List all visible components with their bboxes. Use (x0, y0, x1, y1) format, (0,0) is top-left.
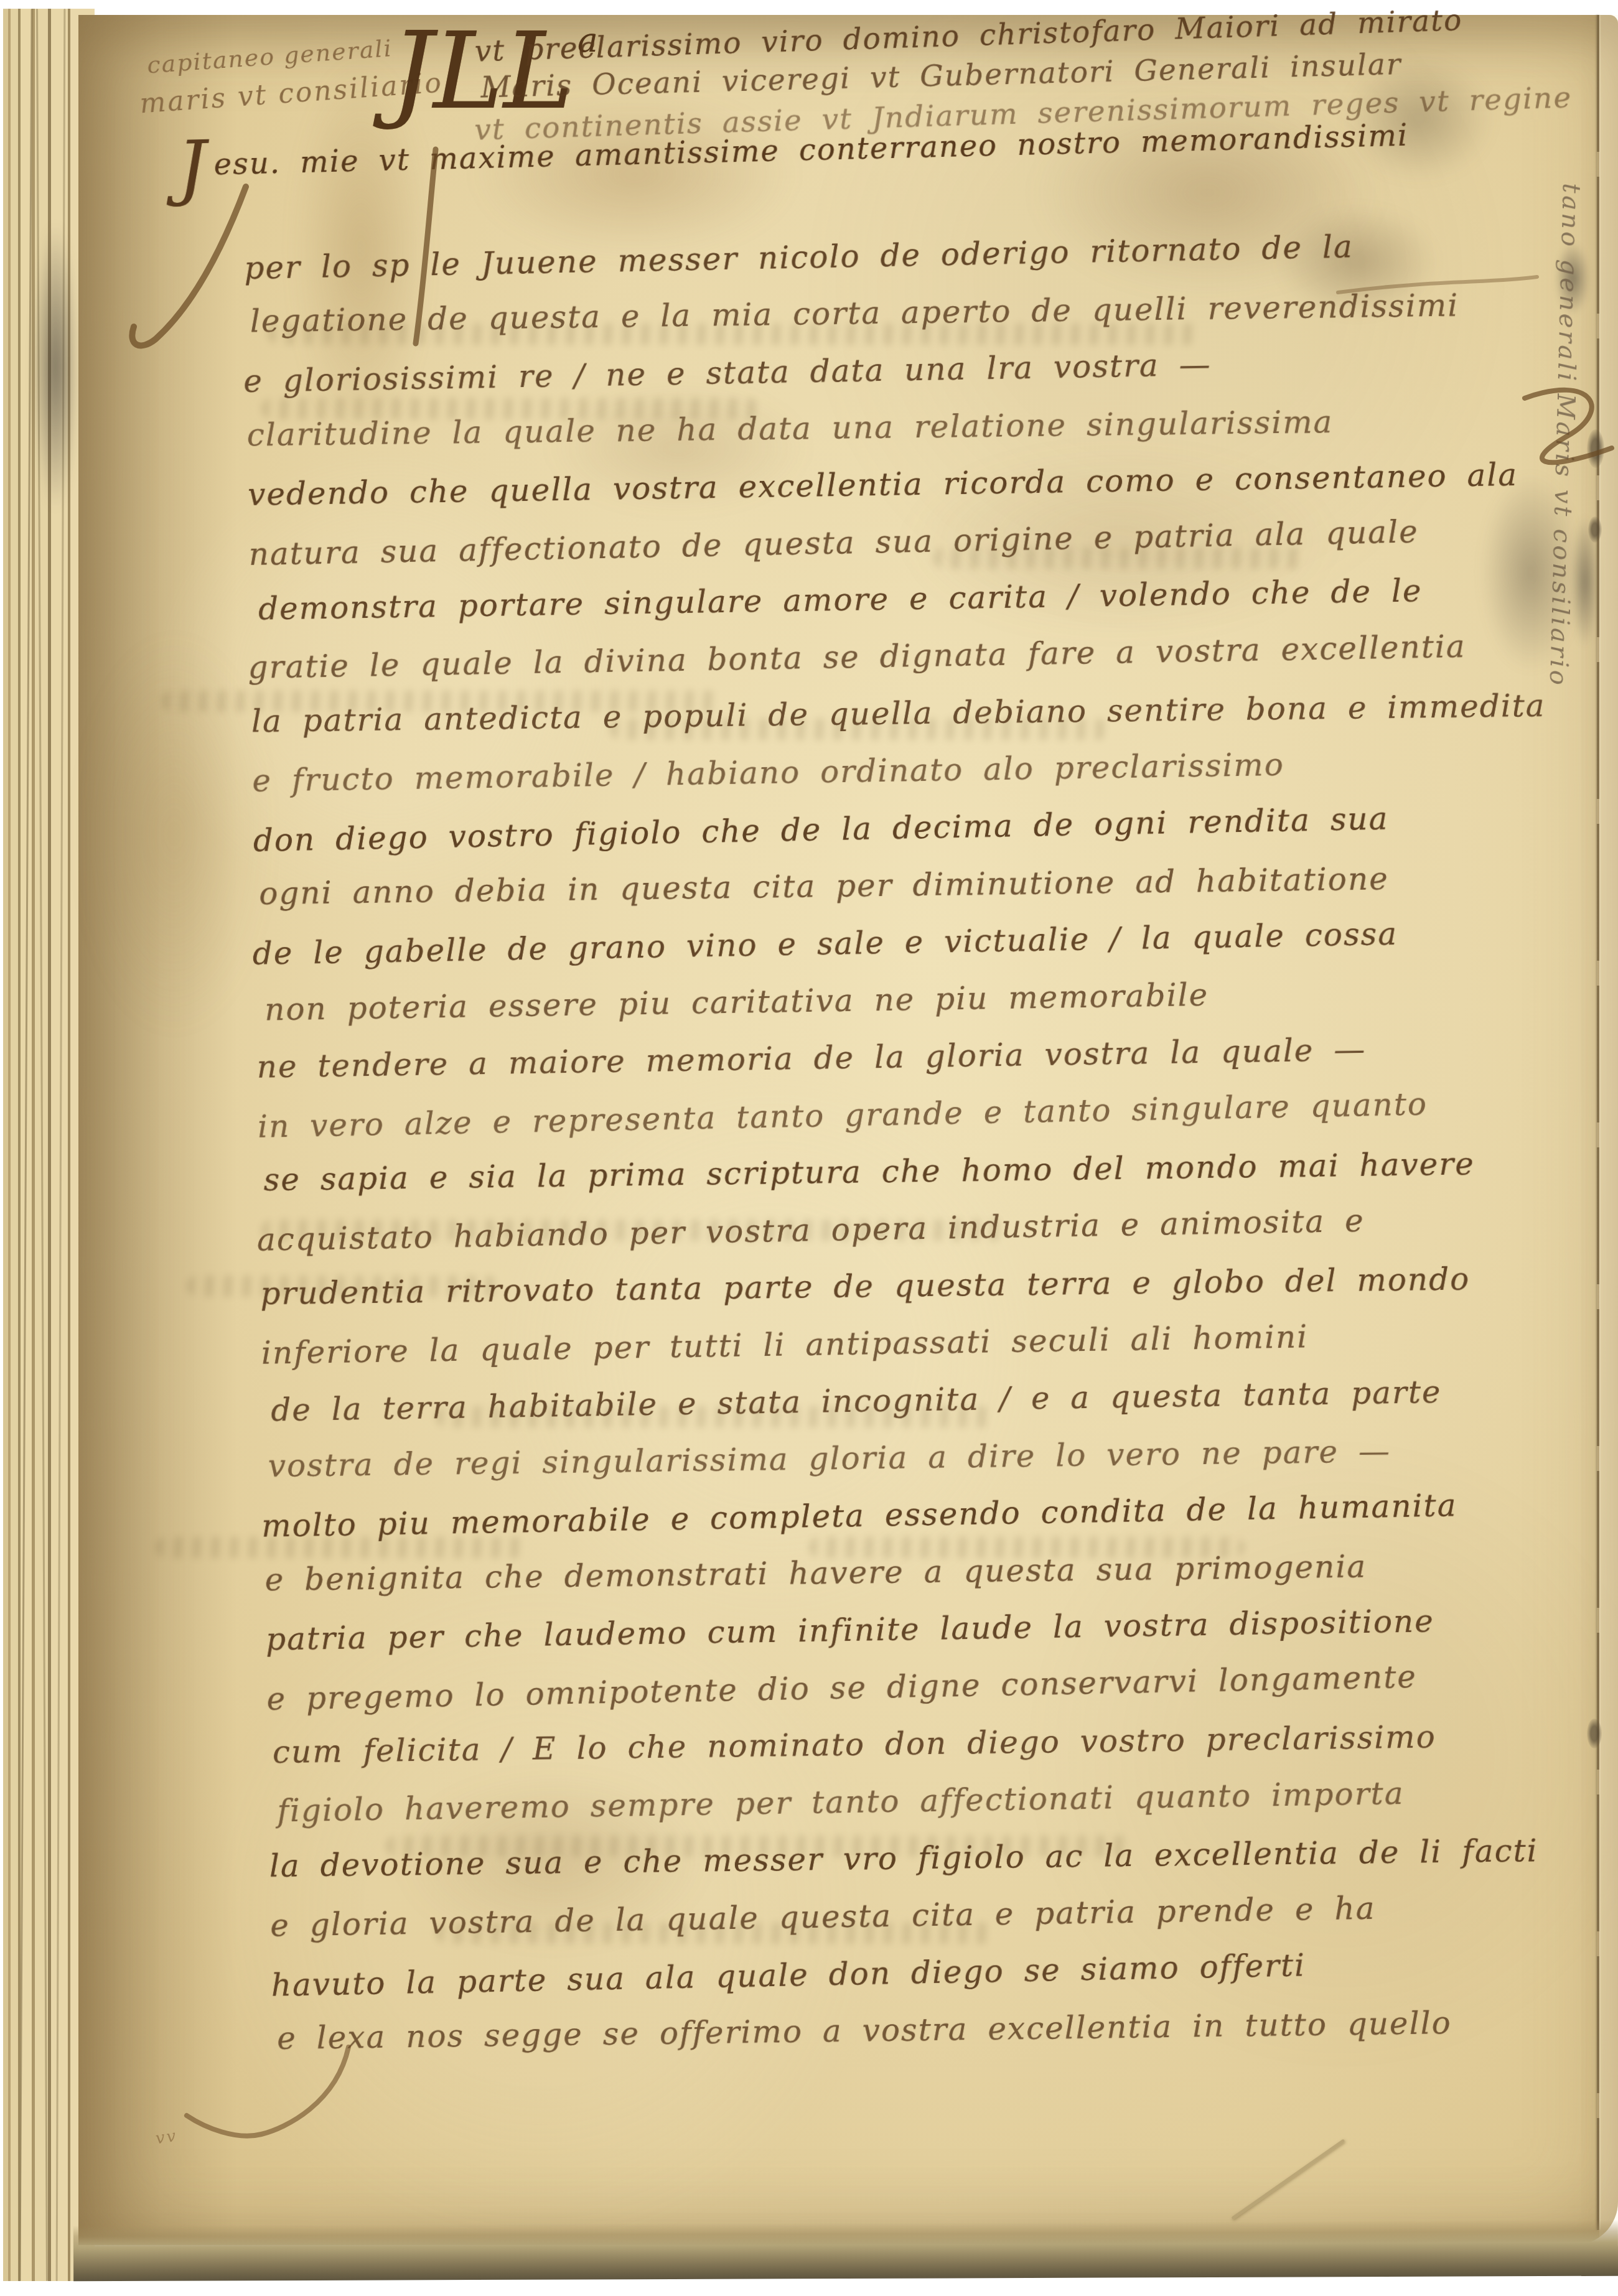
page-edge-line (19, 9, 32, 2281)
salutation-initial: J (177, 125, 208, 209)
page-bottom-edge (73, 2220, 1618, 2282)
sewing-hole (1587, 1719, 1602, 1748)
ink-smudge (32, 220, 78, 513)
manuscript-scan: capitaneo generali maris vt consiliario … (0, 0, 1618, 2296)
page-right-strip (1599, 15, 1618, 2245)
letter-body: per lo sp le Juuene messer nicolo de ode… (244, 227, 1579, 2079)
sewing-hole (1587, 429, 1604, 468)
sewing-hole (1588, 516, 1602, 543)
bottom-margin-mark: vv (154, 2127, 179, 2149)
